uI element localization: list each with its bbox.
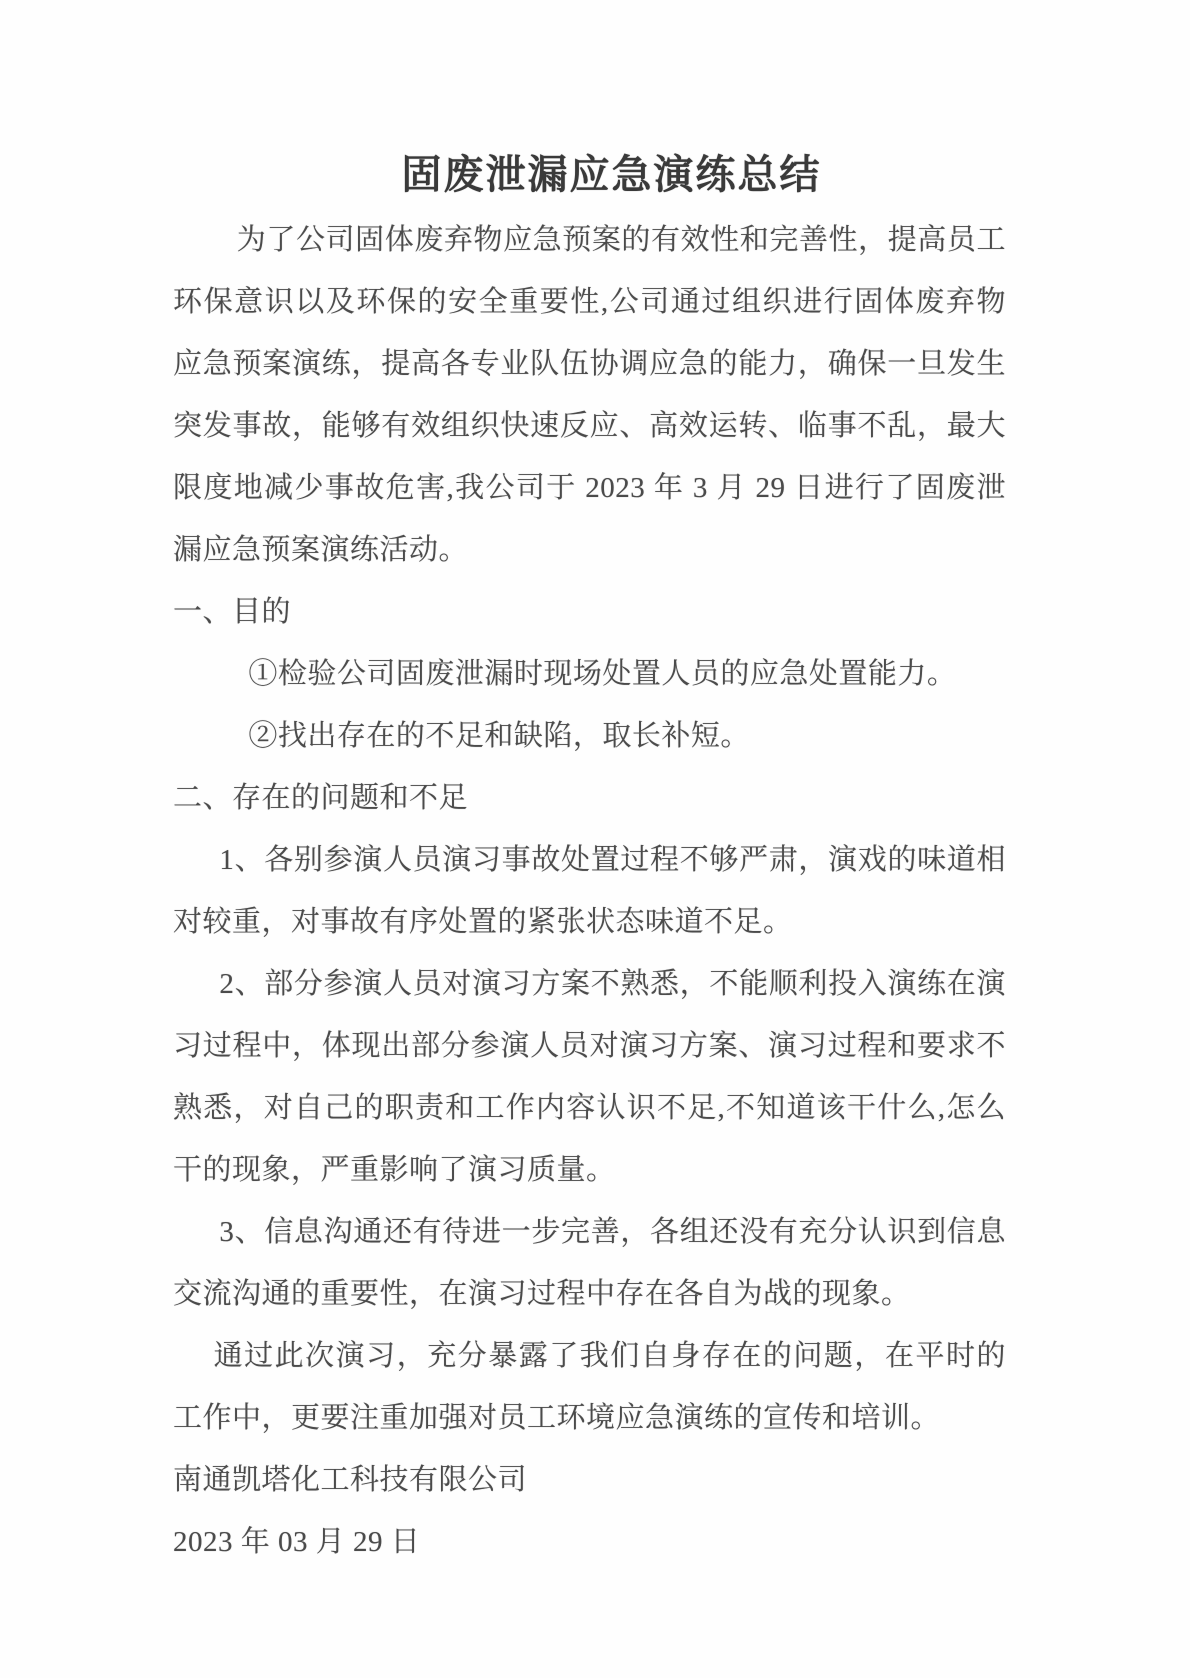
section-heading-purpose: 一、目的 [173, 581, 1006, 643]
intro-paragraph: 为了公司固体废弃物应急预案的有效性和完善性，提高员工环保意识以及环保的安全重要性… [173, 209, 1006, 581]
closing-paragraph: 通过此次演习，充分暴露了我们自身存在的问题，在平时的工作中，更要注重加强对员工环… [173, 1325, 1006, 1449]
problem-item-3: 3、信息沟通还有待进一步完善，各组还没有充分认识到信息交流沟通的重要性，在演习过… [173, 1201, 1006, 1325]
document-title: 固废泄漏应急演练总结 [195, 150, 1028, 200]
problem-item-2: 2、部分参演人员对演习方案不熟悉，不能顺利投入演练在演习过程中，体现出部分参演人… [173, 953, 1006, 1201]
scanned-document-page: 固废泄漏应急演练总结 为了公司固体废弃物应急预案的有效性和完善性，提高员工环保意… [0, 0, 1190, 1678]
document-date: 2023 年 03 月 29 日 [173, 1511, 1006, 1573]
company-signature: 南通凯塔化工科技有限公司 [173, 1449, 1006, 1511]
section-heading-problems: 二、存在的问题和不足 [173, 767, 1006, 829]
purpose-item-2: ②找出存在的不足和缺陷，取长补短。 [173, 705, 1006, 767]
purpose-item-1: ①检验公司固废泄漏时现场处置人员的应急处置能力。 [173, 643, 1006, 705]
problem-item-1: 1、各别参演人员演习事故处置过程不够严肃，演戏的味道相对较重，对事故有序处置的紧… [173, 829, 1006, 953]
document-body: 固废泄漏应急演练总结 为了公司固体废弃物应急预案的有效性和完善性，提高员工环保意… [0, 0, 1190, 1573]
